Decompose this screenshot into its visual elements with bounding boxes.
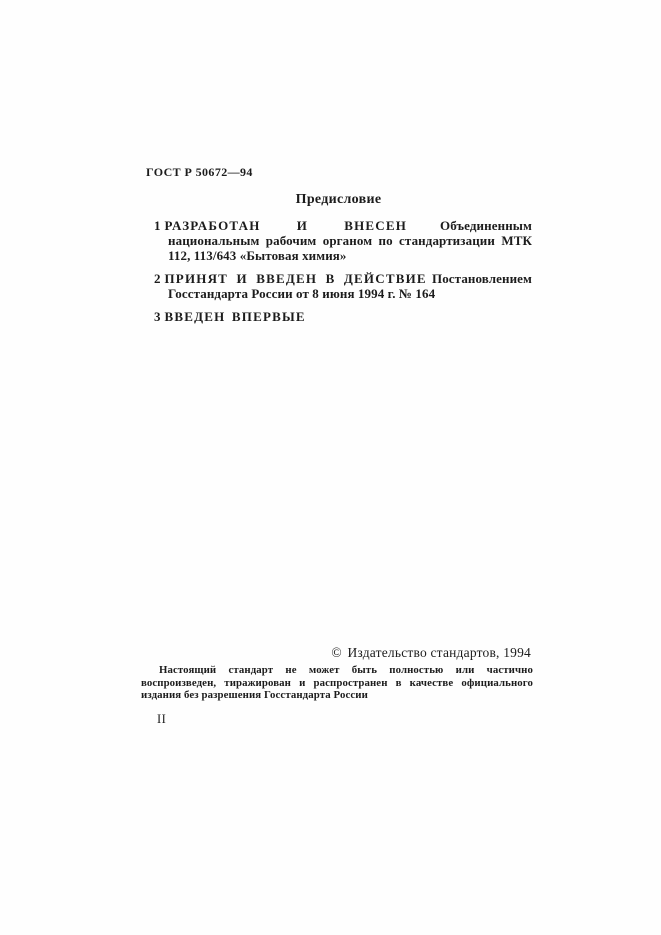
item-heading: ВВЕДЕН ВПЕРВЫЕ: [165, 309, 306, 324]
document-page: ГОСТ Р 50672—94 Предисловие 1РАЗРАБОТАН …: [0, 0, 661, 935]
copyright-line: © Издательство стандартов, 1994: [146, 645, 531, 661]
item-number: 1: [154, 218, 165, 233]
page-title: Предисловие: [146, 192, 531, 208]
preface-item-list: 1РАЗРАБОТАН И ВНЕСЕН Объединенным национ…: [154, 218, 532, 332]
standard-designation: ГОСТ Р 50672—94: [146, 165, 253, 180]
preface-item-3: 3ВВЕДЕН ВПЕРВЫЕ: [154, 309, 532, 324]
item-heading: ПРИНЯТ И ВВЕДЕН В ДЕЙСТВИЕ: [165, 271, 427, 286]
copyright-icon: ©: [331, 645, 343, 661]
item-number: 3: [154, 309, 165, 324]
page-number: II: [157, 712, 166, 727]
restriction-notice: Настоящий стандарт не может быть полност…: [141, 664, 533, 702]
item-number: 2: [154, 271, 165, 286]
preface-item-2: 2ПРИНЯТ И ВВЕДЕН В ДЕЙСТВИЕ Постановлени…: [154, 271, 532, 301]
preface-item-1: 1РАЗРАБОТАН И ВНЕСЕН Объединенным национ…: [154, 218, 532, 263]
copyright-text: Издательство стандартов, 1994: [347, 645, 531, 660]
item-heading: РАЗРАБОТАН И ВНЕСЕН: [165, 218, 408, 233]
